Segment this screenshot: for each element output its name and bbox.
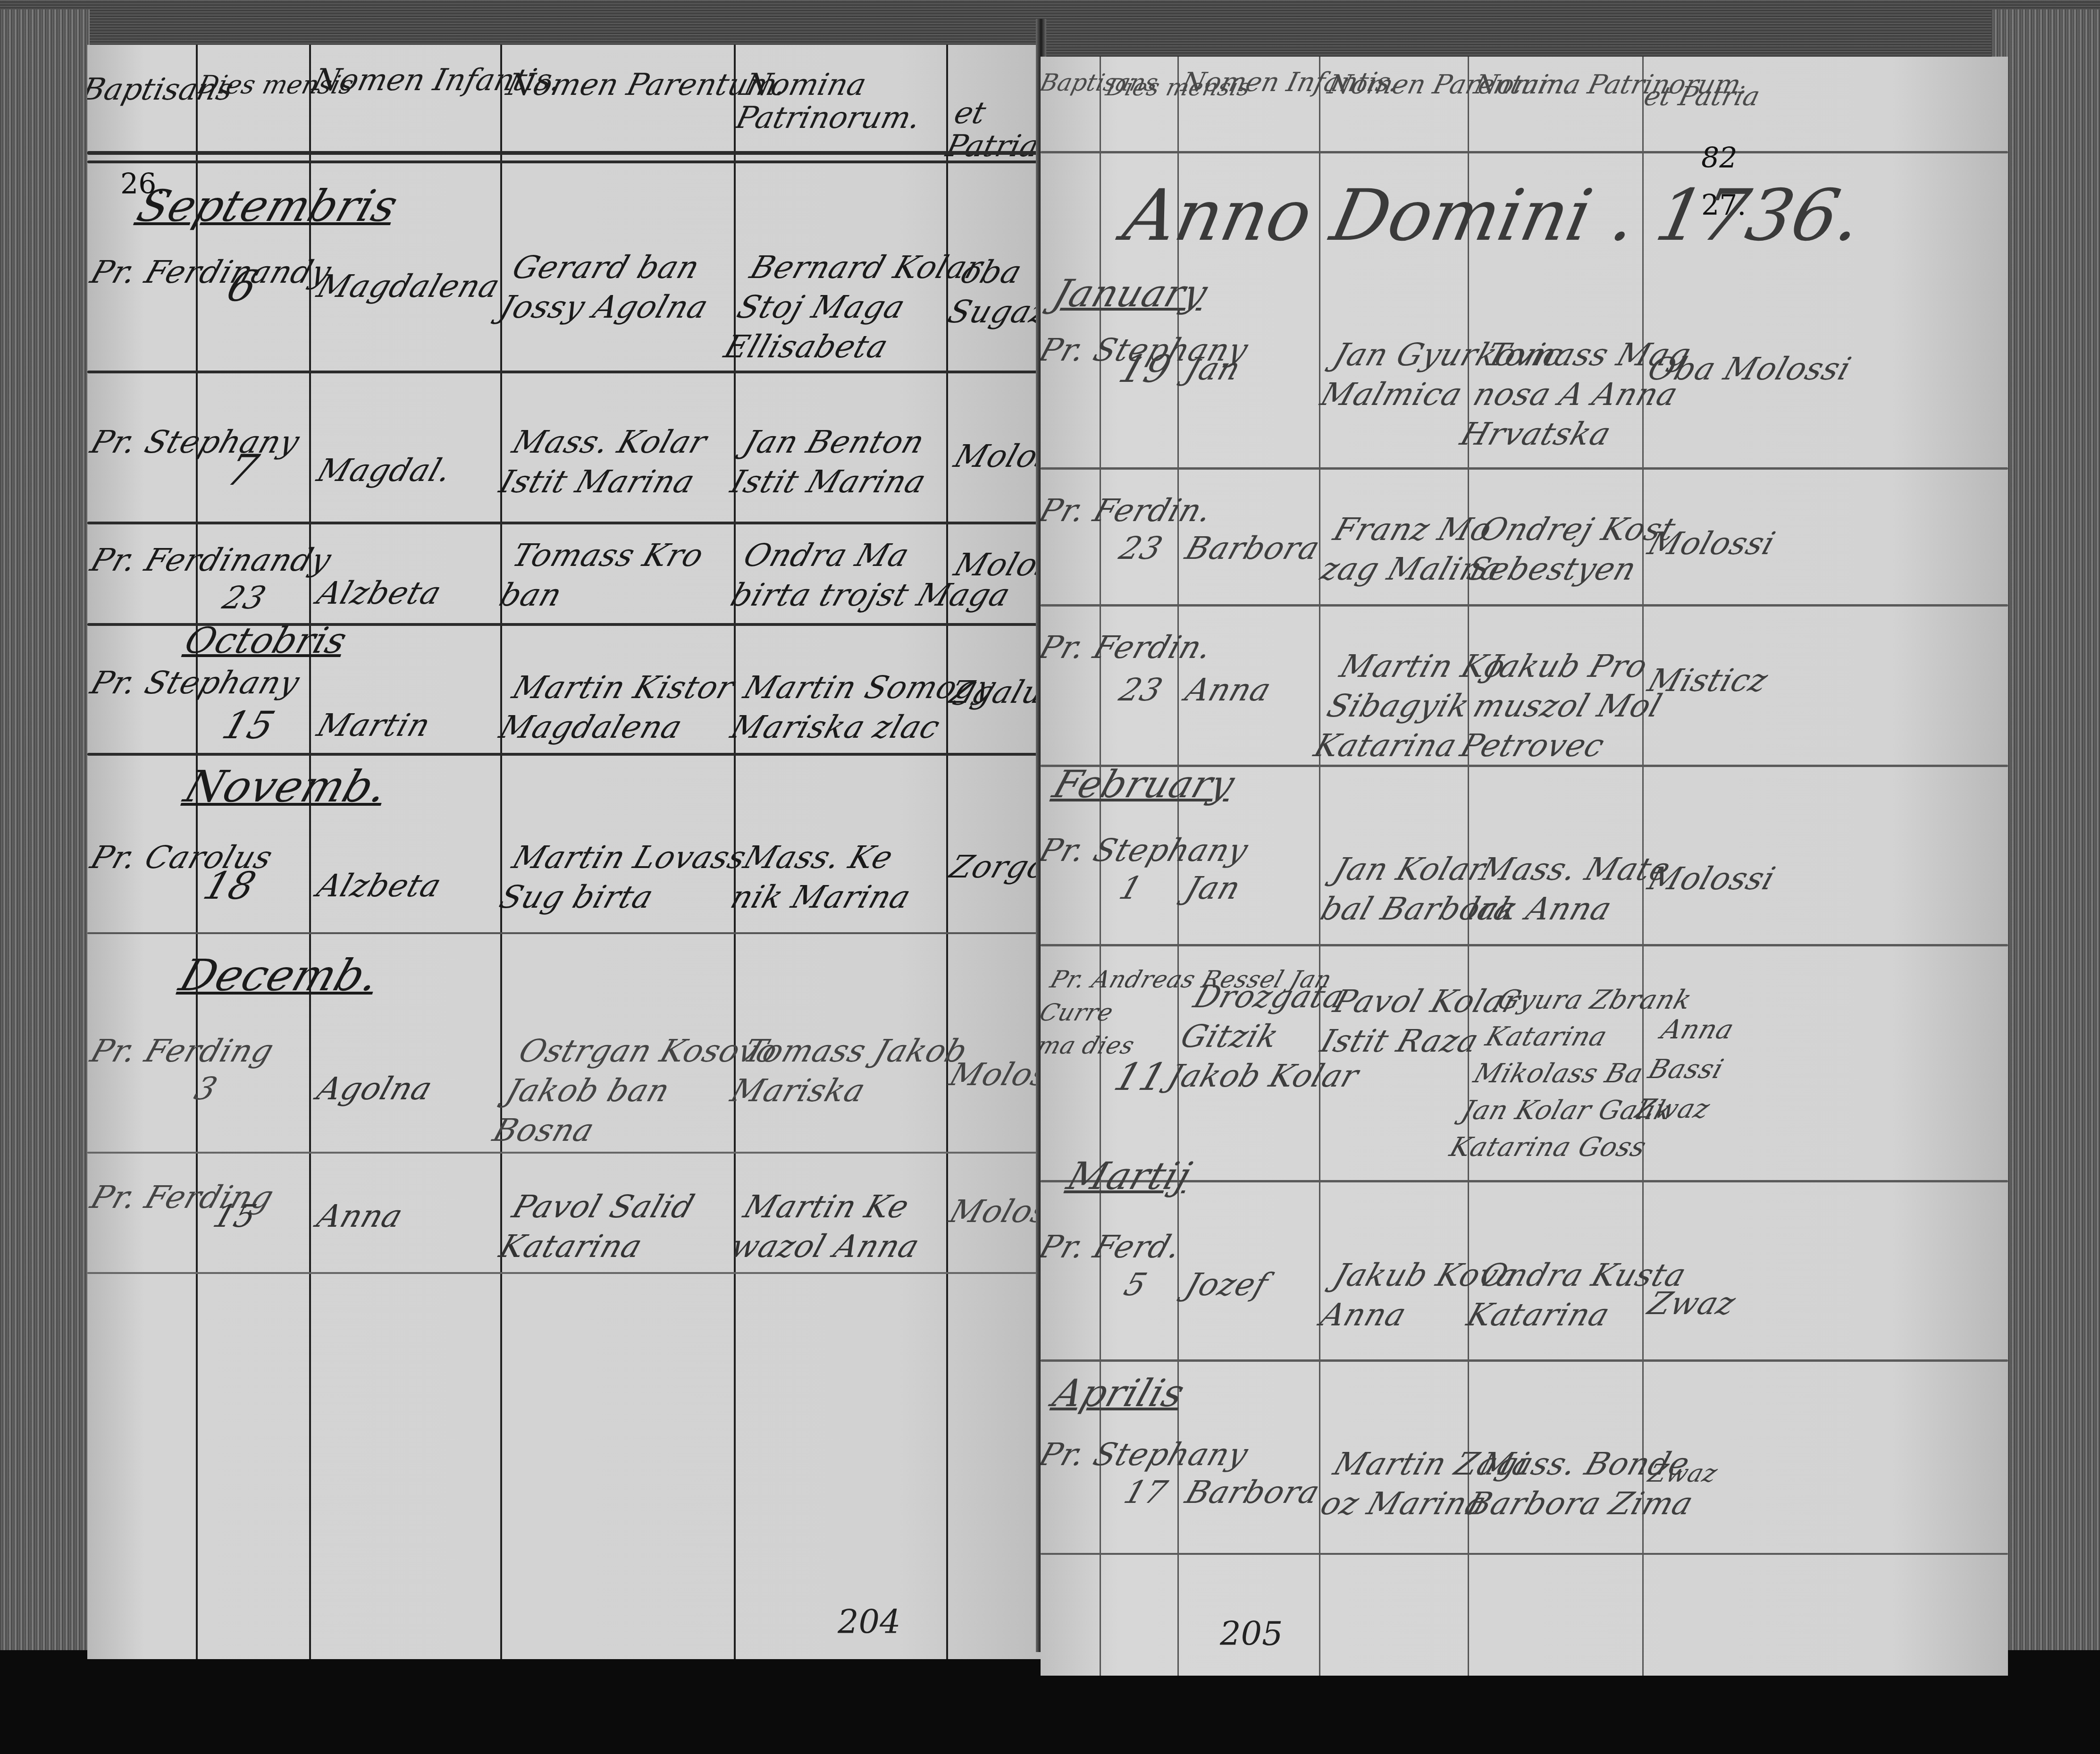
- infant-name: Anna: [312, 1197, 408, 1236]
- infant-name: Anna: [1180, 670, 1276, 710]
- baptisans: Pr. Ferdinandy: [87, 540, 336, 580]
- header-rule: [87, 151, 1041, 155]
- baptisans: Pr. Ferd.: [1041, 1227, 1186, 1267]
- day: 23: [1114, 670, 1168, 710]
- patrini: Martin Ke wazol Anna: [726, 1187, 938, 1266]
- patria: Molossi: [949, 545, 1041, 585]
- year-title: Anno Domini . 1736.: [1117, 175, 1869, 257]
- month-heading: Aprilis: [1048, 1374, 1189, 1413]
- patria: Molossi: [944, 1055, 1041, 1095]
- month-heading: Septembris: [133, 186, 403, 226]
- day: 11: [1109, 1057, 1171, 1097]
- month-heading: February: [1048, 765, 1240, 804]
- baptisans: Pr. Stephany: [1041, 1435, 1253, 1475]
- page-number: 205: [1220, 1614, 1283, 1653]
- baptisans: Pr. Ferdin.: [1041, 628, 1218, 667]
- row-rule: [87, 932, 1041, 934]
- month-heading: Martij: [1062, 1156, 1196, 1196]
- page-number: 204: [838, 1602, 901, 1641]
- day: 3: [189, 1069, 222, 1109]
- patrini: Mass. Mate lak Anna: [1462, 850, 1676, 929]
- folio-number-alt: 82: [1701, 142, 1737, 175]
- header-rule: [1041, 151, 2008, 153]
- patrini: Tomass Jakob Mariska: [726, 1031, 973, 1111]
- day: 15: [218, 706, 279, 745]
- infant-name: Agolna: [312, 1069, 437, 1109]
- patria: Molossi: [1643, 859, 1780, 899]
- parents: Pavol Salid Katarina: [495, 1187, 700, 1266]
- baptisans: Pr. Ferding: [87, 1031, 279, 1071]
- row-rule: [87, 522, 1041, 524]
- patria: Molossi: [944, 1192, 1041, 1231]
- baptisans: Pr. Ferdin.: [1041, 491, 1218, 531]
- patria: Molossi: [949, 437, 1041, 476]
- month-heading: Novemb.: [180, 767, 393, 807]
- patrini: Bernard Kolar Stoj Maga Ellisabeta: [719, 248, 988, 367]
- infant-name: Martin: [312, 706, 436, 745]
- infant-name: Jozef: [1180, 1265, 1273, 1305]
- baptisans: Pr. Ferdinandy: [87, 253, 336, 292]
- infant-name: Magdal.: [312, 451, 457, 490]
- row-rule: [87, 1272, 1041, 1274]
- patria: Misticz: [1643, 661, 1773, 700]
- patria: Zwaz: [1643, 1284, 1741, 1324]
- column-divider: [1319, 57, 1320, 1676]
- patrini: Jan Benton Istit Marina: [726, 422, 944, 502]
- parents: Gerard ban Jossy Agolna: [495, 248, 726, 327]
- row-rule: [87, 1152, 1041, 1154]
- baptisans: Pr. Stephany: [1041, 831, 1253, 870]
- baptisans: Pr. Stephany: [87, 663, 305, 703]
- infant-name: Magdalena: [312, 267, 505, 306]
- day: 23: [218, 578, 271, 618]
- month-heading: Octobris: [180, 621, 352, 660]
- patria: Zgaluky: [944, 673, 1041, 712]
- infant-name: Alzbeta: [312, 573, 446, 613]
- left-page: Baptisans Dies mensis Nomen Infantis. No…: [87, 45, 1041, 1659]
- month-heading: January: [1048, 274, 1212, 313]
- day: 5: [1119, 1265, 1152, 1305]
- day: 1: [1114, 869, 1147, 908]
- infant-name: Barbora: [1180, 529, 1325, 568]
- header-rule: [87, 160, 1041, 163]
- parents: Martin Lovass Sug birta: [495, 838, 752, 917]
- right-page: Baptisans Dies mensis Nomen Infantis. No…: [1041, 57, 2008, 1676]
- row-rule: [87, 753, 1041, 756]
- patrini: Mass. Ke nik Marina: [726, 838, 929, 917]
- patria: Zwaz: [1643, 1454, 1723, 1493]
- parents: Mass. Kolar Istit Marina: [495, 422, 713, 502]
- parents: Tomass Kro ban: [495, 536, 709, 615]
- patria: Oba Molossi: [1643, 349, 1856, 389]
- row-rule: [1041, 467, 2008, 470]
- infant-name: Alzbeta: [312, 866, 446, 906]
- day: 17: [1119, 1473, 1172, 1512]
- row-rule: [1041, 944, 2008, 946]
- infant-name: Barbora: [1180, 1473, 1325, 1512]
- patria: Molossi: [1643, 524, 1780, 564]
- patria: Zorgos: [944, 847, 1041, 887]
- column-divider: [500, 45, 502, 1659]
- baptisans: Pr. Stephany: [87, 422, 305, 462]
- day: 23: [1114, 529, 1168, 568]
- row-rule: [87, 371, 1041, 373]
- row-rule: [1041, 604, 2008, 607]
- row-rule: [1041, 1359, 2008, 1362]
- parents: Martin Kistor Magdalena: [495, 668, 739, 747]
- header-et-patria: et Patria: [1640, 80, 1763, 113]
- month-heading: Decemb.: [175, 956, 385, 995]
- book-left-page-edges: [0, 9, 90, 1650]
- infant-name: Jan: [1180, 869, 1246, 908]
- patrini: Jakub Pro muszol Mol Petrovec: [1455, 647, 1680, 766]
- row-rule: [1041, 1553, 2008, 1555]
